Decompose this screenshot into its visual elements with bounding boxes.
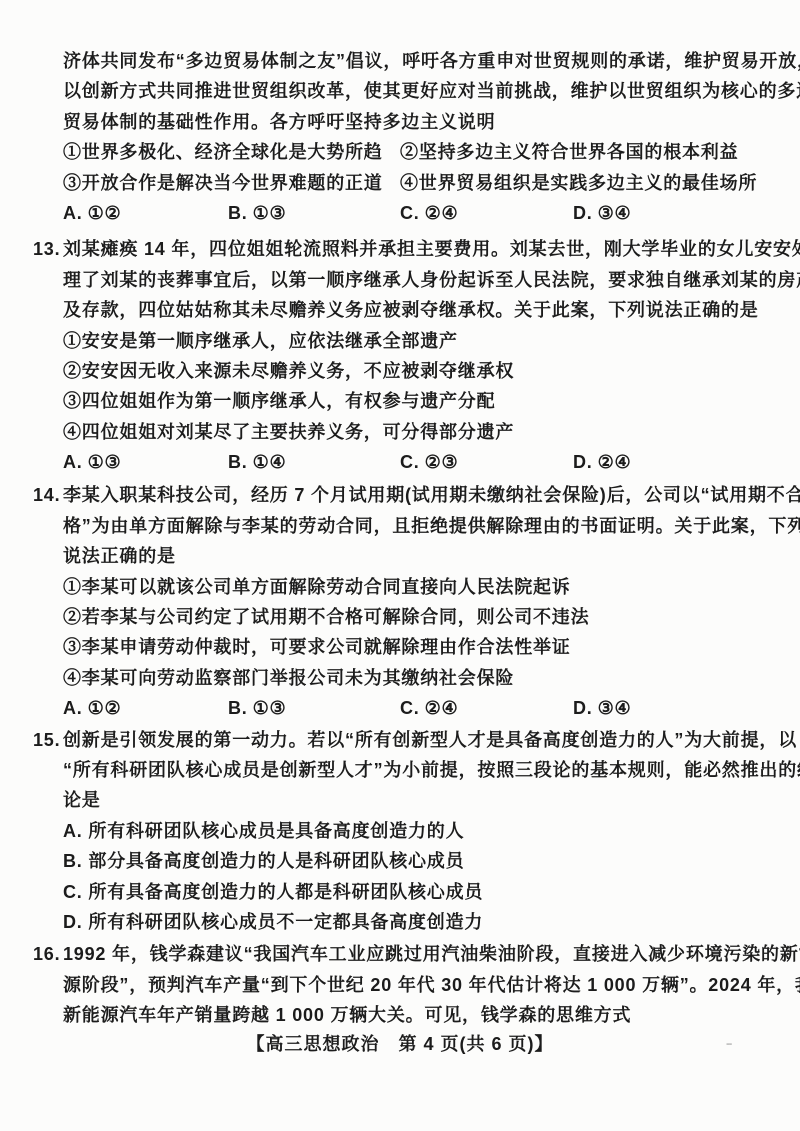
exam-page: 济体共同发布“多边贸易体制之友”倡议，呼吁各方重申对世贸规则的承诺，维护贸易开放…: [0, 0, 800, 1131]
option-numbers: ①③: [253, 203, 287, 223]
option-d: D.③④: [573, 693, 800, 723]
option-numbers: ①②: [88, 203, 122, 223]
choice-b: B. 部分具备高度创造力的人是科研团队核心成员: [33, 846, 800, 876]
option-label: C.: [400, 203, 420, 223]
statement-3: ③李某申请劳动仲裁时，可要求公司就解除理由作合法性举证: [33, 632, 800, 662]
choice-d: D. 所有科研团队核心成员不一定都具备高度创造力: [33, 907, 800, 937]
statement-4: ④世界贸易组织是实践多边主义的最佳场所: [400, 168, 800, 198]
option-label: B.: [228, 203, 248, 223]
option-a: A.①②: [63, 198, 228, 228]
choice-a: A. 所有科研团队核心成员是具备高度创造力的人: [33, 816, 800, 846]
option-c: C.②④: [400, 693, 573, 723]
question-stem-line: 新能源汽车年产销量跨越 1 000 万辆大关。可见，钱学森的思维方式: [33, 1000, 800, 1030]
question-stem-line: “所有科研团队核心成员是创新型人才”为小前提，按照三段论的基本规则，能必然推出的…: [33, 755, 800, 785]
option-b: B.①③: [228, 693, 400, 723]
question-stem-line: 14. 李某入职某科技公司，经历 7 个月试用期(试用期未缴纳社会保险)后，公司…: [33, 480, 800, 510]
question-stem-line: 说法正确的是: [33, 541, 800, 571]
option-label: B.: [228, 452, 248, 472]
option-c: C.②③: [400, 447, 573, 477]
option-numbers: ③④: [598, 698, 632, 718]
option-label: A.: [63, 698, 83, 718]
statement-2: ②安安因无收入来源未尽赡养义务，不应被剥夺继承权: [33, 356, 800, 386]
option-numbers: ①③: [253, 698, 287, 718]
scan-artifact: --: [726, 1038, 731, 1050]
option-d: D.②④: [573, 447, 800, 477]
statement-2: ②若李某与公司约定了试用期不合格可解除合同，则公司不违法: [33, 602, 800, 632]
option-b: B.①③: [228, 198, 400, 228]
question-stem-line: 15. 创新是引领发展的第一动力。若以“所有创新型人才是具备高度创造力的人”为大…: [33, 725, 800, 755]
statement-row: ③开放合作是解决当今世界难题的正道 ④世界贸易组织是实践多边主义的最佳场所: [33, 168, 800, 198]
question-stem-line: 13. 刘某瘫痪 14 年，四位姐姐轮流照料并承担主要费用。刘某去世，刚大学毕业…: [33, 234, 800, 264]
option-numbers: ①③: [88, 452, 122, 472]
page-footer: 【高三思想政治 第 4 页(共 6 页)】: [0, 1030, 800, 1056]
question-14: 14. 李某入职某科技公司，经历 7 个月试用期(试用期未缴纳社会保险)后，公司…: [33, 480, 800, 723]
question-stem-text: 1992 年，钱学森建议“我国汽车工业应跳过用汽油柴油阶段，直接进入减少环境污染…: [63, 939, 800, 969]
option-a: A.①②: [63, 693, 228, 723]
question-16: 16. 1992 年，钱学森建议“我国汽车工业应跳过用汽油柴油阶段，直接进入减少…: [33, 939, 800, 1030]
option-row: A.①② B.①③ C.②④ D.③④: [33, 198, 800, 228]
option-label: D.: [573, 452, 593, 472]
option-label: B.: [228, 698, 248, 718]
option-label: D.: [573, 203, 593, 223]
question-stem-line: 以创新方式共同推进世贸组织改革，使其更好应对当前挑战，维护以世贸组织为核心的多边: [33, 76, 800, 106]
question-13: 13. 刘某瘫痪 14 年，四位姐姐轮流照料并承担主要费用。刘某去世，刚大学毕业…: [33, 234, 800, 477]
option-b: B.①④: [228, 447, 400, 477]
question-stem-line: 及存款，四位姑姑称其未尽赡养义务应被剥夺继承权。关于此案，下列说法正确的是: [33, 295, 800, 325]
question-15-number: 15.: [33, 725, 63, 755]
option-numbers: ①②: [88, 698, 122, 718]
statement-2: ②坚持多边主义符合世界各国的根本利益: [400, 137, 800, 167]
exam-content: 济体共同发布“多边贸易体制之友”倡议，呼吁各方重申对世贸规则的承诺，维护贸易开放…: [33, 46, 800, 1031]
option-label: D.: [573, 698, 593, 718]
option-numbers: ②③: [425, 452, 459, 472]
option-label: A.: [63, 452, 83, 472]
option-a: A.①③: [63, 447, 228, 477]
statement-1: ①李某可以就该公司单方面解除劳动合同直接向人民法院起诉: [33, 572, 800, 602]
choice-c: C. 所有具备高度创造力的人都是科研团队核心成员: [33, 877, 800, 907]
option-label: C.: [400, 698, 420, 718]
question-stem-line: 理了刘某的丧葬事宜后，以第一顺序继承人身份起诉至人民法院，要求独自继承刘某的房产: [33, 265, 800, 295]
question-stem-line: 源阶段”，预判汽车产量“到下个世纪 20 年代 30 年代估计将达 1 000 …: [33, 970, 800, 1000]
question-stem-text: 李某入职某科技公司，经历 7 个月试用期(试用期未缴纳社会保险)后，公司以“试用…: [63, 480, 800, 510]
option-numbers: ①④: [253, 452, 287, 472]
question-stem-line: 格”为由单方面解除与李某的劳动合同，且拒绝提供解除理由的书面证明。关于此案，下列: [33, 511, 800, 541]
option-numbers: ②④: [425, 698, 459, 718]
statement-4: ④四位姐姐对刘某尽了主要扶养义务，可分得部分遗产: [33, 417, 800, 447]
option-d: D.③④: [573, 198, 800, 228]
question-stem-text: 创新是引领发展的第一动力。若以“所有创新型人才是具备高度创造力的人”为大前提，以: [63, 725, 800, 755]
question-15: 15. 创新是引领发展的第一动力。若以“所有创新型人才是具备高度创造力的人”为大…: [33, 725, 800, 938]
option-row: A.①③ B.①④ C.②③ D.②④: [33, 447, 800, 477]
option-label: C.: [400, 452, 420, 472]
question-12-continuation: 济体共同发布“多边贸易体制之友”倡议，呼吁各方重申对世贸规则的承诺，维护贸易开放…: [33, 46, 800, 228]
option-label: A.: [63, 203, 83, 223]
statement-1: ①安安是第一顺序继承人，应依法继承全部遗产: [33, 326, 800, 356]
question-stem-line: 贸易体制的基础性作用。各方呼吁坚持多边主义说明: [33, 107, 800, 137]
statement-3: ③开放合作是解决当今世界难题的正道: [63, 168, 400, 198]
statement-3: ③四位姐姐作为第一顺序继承人，有权参与遗产分配: [33, 386, 800, 416]
option-numbers: ②④: [425, 203, 459, 223]
statement-4: ④李某可向劳动监察部门举报公司未为其缴纳社会保险: [33, 663, 800, 693]
question-13-number: 13.: [33, 234, 63, 264]
statement-1: ①世界多极化、经济全球化是大势所趋: [63, 137, 400, 167]
statement-row: ①世界多极化、经济全球化是大势所趋 ②坚持多边主义符合世界各国的根本利益: [33, 137, 800, 167]
question-stem-line: 济体共同发布“多边贸易体制之友”倡议，呼吁各方重申对世贸规则的承诺，维护贸易开放…: [33, 46, 800, 76]
question-stem-line: 论是: [33, 785, 800, 815]
question-stem-line: 16. 1992 年，钱学森建议“我国汽车工业应跳过用汽油柴油阶段，直接进入减少…: [33, 939, 800, 969]
option-row: A.①② B.①③ C.②④ D.③④: [33, 693, 800, 723]
question-16-number: 16.: [33, 939, 63, 969]
question-stem-text: 刘某瘫痪 14 年，四位姐姐轮流照料并承担主要费用。刘某去世，刚大学毕业的女儿安…: [63, 234, 800, 264]
option-c: C.②④: [400, 198, 573, 228]
question-14-number: 14.: [33, 480, 63, 510]
option-numbers: ②④: [598, 452, 632, 472]
option-numbers: ③④: [598, 203, 632, 223]
